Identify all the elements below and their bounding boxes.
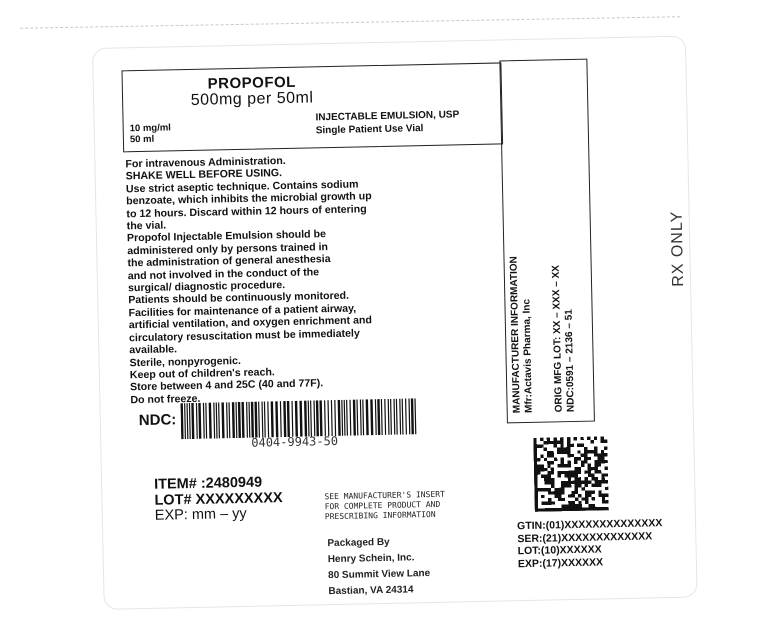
drug-label: PROPOFOL 500mg per 50ml 10 mg/ml 50 ml I… <box>92 36 698 610</box>
gs1-codes: GTIN:(01)XXXXXXXXXXXXXX SER:(21)XXXXXXXX… <box>517 517 663 570</box>
dosage-form-block: INJECTABLE EMULSION, USP Single Patient … <box>315 108 459 137</box>
ndc-barcode-row: NDC: <box>138 404 139 440</box>
volume: 50 ml <box>130 133 171 145</box>
packager-line: Bastian, VA 24314 <box>328 582 430 600</box>
insert-notice: SEE MANUFACTURER'S INSERT FOR COMPLETE P… <box>324 490 445 523</box>
rx-only: RX ONLY <box>669 211 689 287</box>
packager-info: Packaged By Henry Schein, Inc. 80 Summit… <box>327 534 430 600</box>
datamatrix-code-icon <box>533 436 609 512</box>
concentration-block: 10 mg/ml 50 ml <box>130 122 172 145</box>
product-header-box: PROPOFOL 500mg per 50ml 10 mg/ml 50 ml I… <box>121 62 503 152</box>
concentration: 10 mg/ml <box>130 122 171 134</box>
backing-sheet-edge <box>20 16 680 29</box>
gs1-exp: EXP:(17)XXXXXX <box>518 555 664 571</box>
item-info: ITEM# :2480949 LOT# XXXXXXXXX EXP: mm – … <box>154 475 283 524</box>
directions-text: For intravenous Administration.SHAKE WEL… <box>125 150 510 406</box>
manufacturer-info-box: MANUFACTURER INFORMATION Mfr:Actavis Pha… <box>499 59 595 424</box>
manufacturer-info: MANUFACTURER INFORMATION Mfr:Actavis Pha… <box>505 72 592 414</box>
vial-type: Single Patient Use Vial <box>316 121 460 137</box>
packager-line: 80 Summit View Lane <box>328 566 430 584</box>
insert-line: PRESCRIBING INFORMATION <box>325 510 446 523</box>
ndc-number: 0404-9943-50 <box>251 434 338 450</box>
barcode-icon <box>180 398 419 439</box>
expiration: EXP: mm – yy <box>155 506 283 524</box>
ndc-label: NDC: <box>139 411 177 429</box>
